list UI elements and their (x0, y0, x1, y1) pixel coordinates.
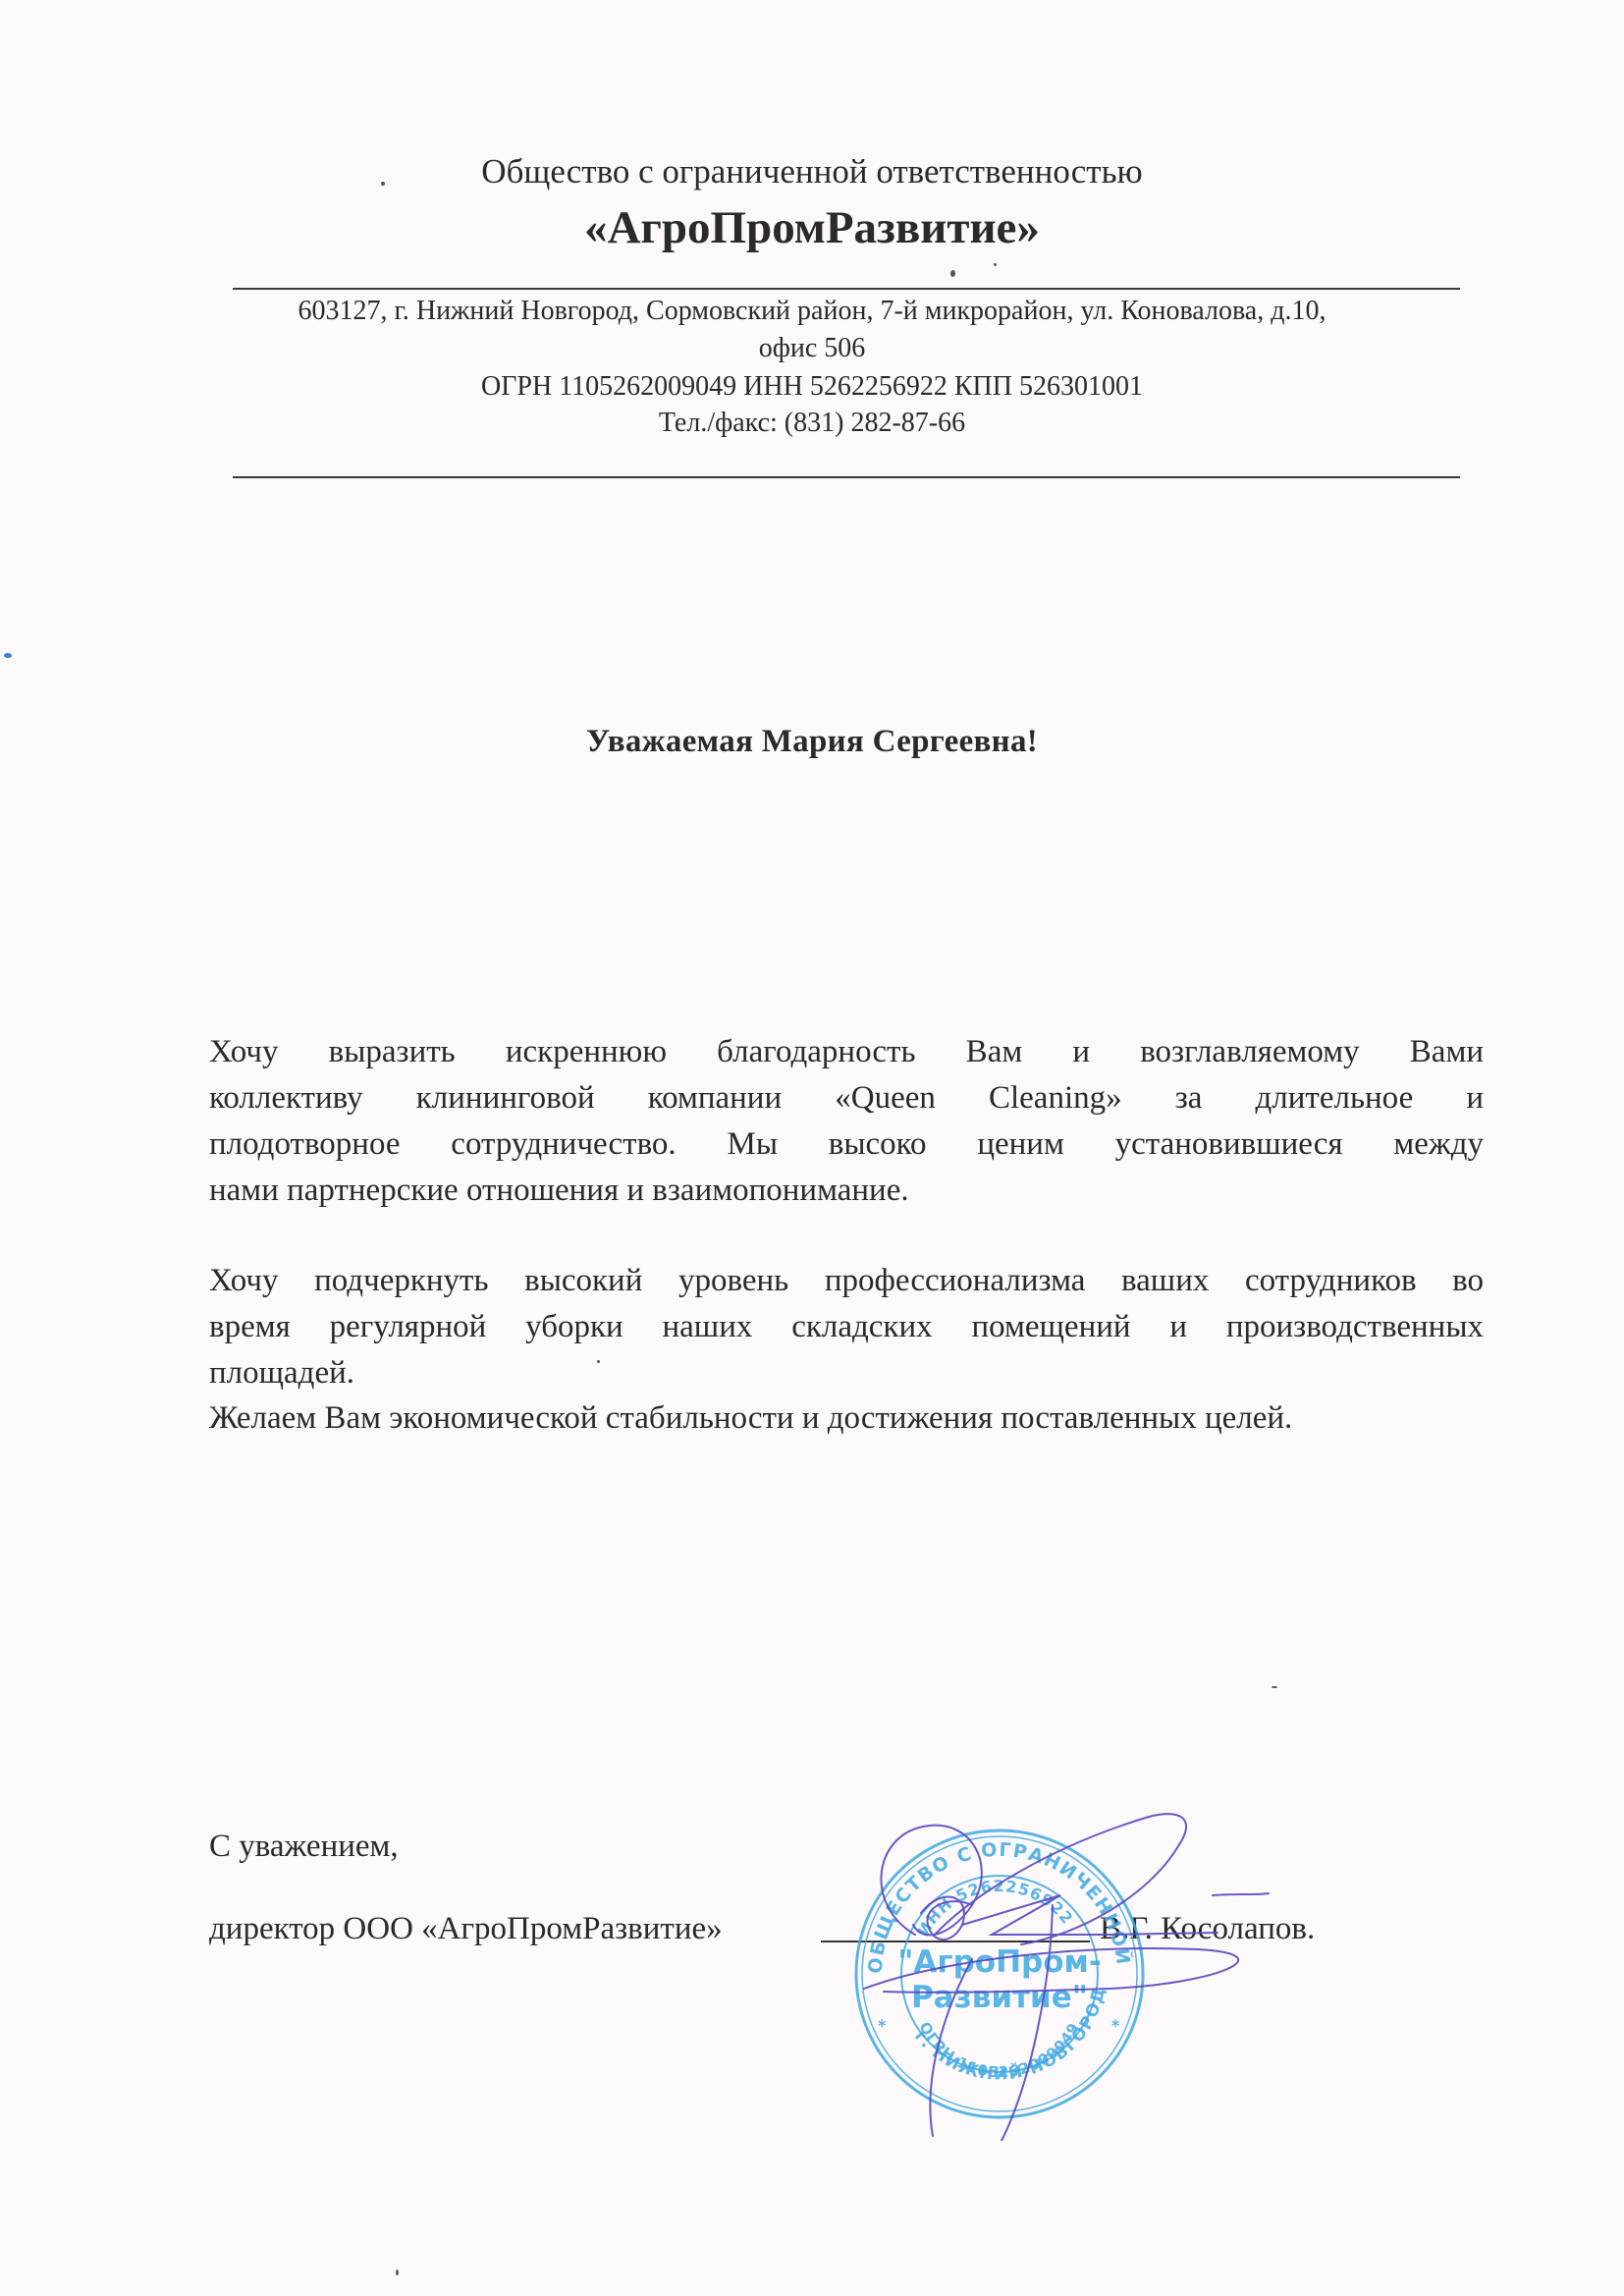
paragraph-line: Хочу выразить искреннюю благодарность Ва… (209, 1029, 1484, 1075)
letterhead-phone: Тел./факс: (831) 282-87-66 (0, 407, 1624, 440)
closing: С уважением, (209, 1827, 399, 1866)
paragraph-line: Хочу подчеркнуть высокий уровень професс… (209, 1258, 1484, 1304)
scan-speck (381, 182, 385, 186)
scan-speck (597, 1360, 600, 1363)
scan-speck (396, 2269, 399, 2275)
body-paragraph-2: Хочу подчеркнуть высокий уровень професс… (209, 1258, 1484, 1396)
body-paragraph-3: Желаем Вам экономической стабильности и … (209, 1395, 1484, 1442)
paragraph-line: площадей. (209, 1350, 1484, 1396)
scan-speck (1272, 1686, 1277, 1688)
letterhead-address-line1: 603127, г. Нижний Новгород, Сормовский р… (0, 295, 1624, 328)
scan-speck (950, 270, 955, 277)
paragraph-line: плодотворное сотрудничество. Мы высоко ц… (209, 1121, 1484, 1168)
letterhead-company-name: «АгроПромРазвитие» (0, 200, 1624, 255)
letterhead-address-line2: офис 506 (0, 332, 1624, 365)
body-paragraph-1: Хочу выразить искреннюю благодарность Ва… (209, 1029, 1484, 1214)
handwritten-signature-icon (825, 1787, 1276, 2141)
paragraph-line: Желаем Вам экономической стабильности и … (209, 1395, 1484, 1442)
letterhead-org-form: Общество с ограниченной ответственностью (0, 152, 1624, 191)
paragraph-line: коллективу клининговой компании «Queen C… (209, 1075, 1484, 1121)
letterhead-top-rule (233, 288, 1460, 290)
paragraph-line: время регулярной уборки наших складских … (209, 1304, 1484, 1350)
letterhead-registration: ОГРН 1105262009049 ИНН 5262256922 КПП 52… (0, 370, 1624, 404)
signer-position: директор ООО «АгроПромРазвитие» (209, 1909, 723, 1948)
letterhead-bottom-rule (233, 476, 1460, 478)
paragraph-line: нами партнерские отношения и взаимопоним… (209, 1168, 1484, 1214)
salutation: Уважаемая Мария Сергеевна! (0, 722, 1624, 761)
scan-speck (4, 653, 12, 658)
scan-speck (994, 263, 997, 266)
